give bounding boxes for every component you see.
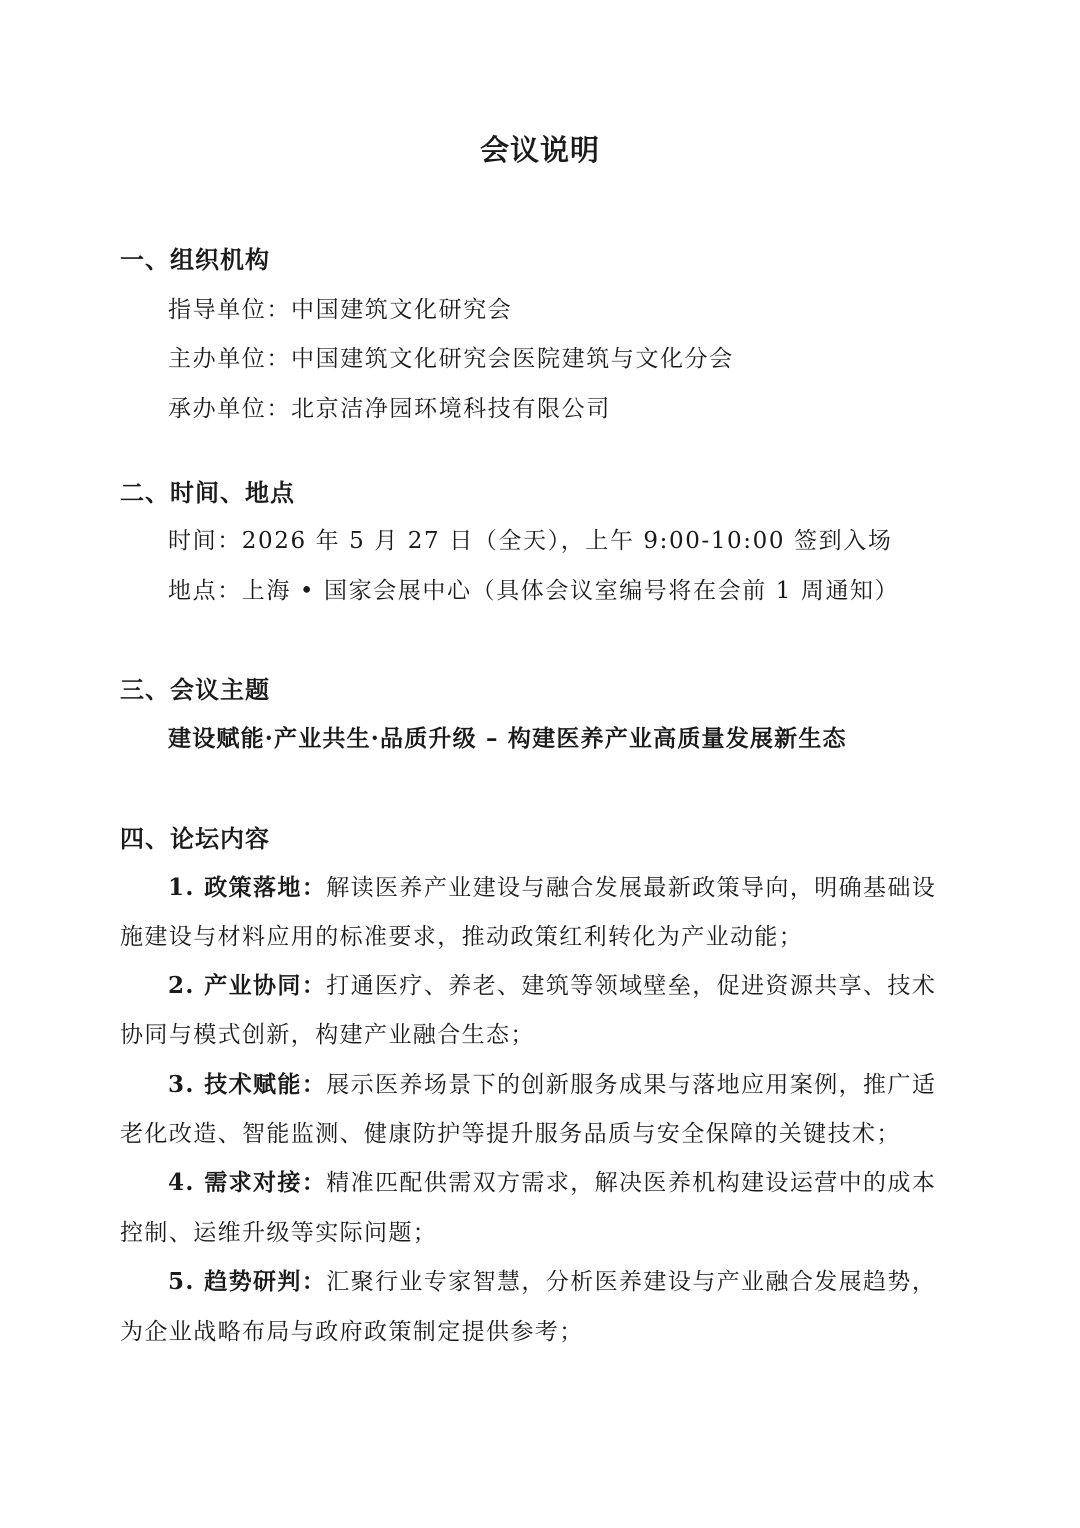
section-heading-theme: 三、会议主题: [120, 670, 270, 705]
forum-item-label: 4. 需求对接：: [168, 1169, 326, 1196]
forum-item-5-cont: 为企业战略布局与政府政策制定提供参考；: [120, 1313, 584, 1346]
forum-item-label: 5. 趋势研判：: [168, 1268, 326, 1295]
forum-item-text: 展示医养场景下的创新服务成果与落地应用案例，推广适: [326, 1072, 936, 1098]
forum-item-1: 1. 政策落地：解读医养产业建设与融合发展最新政策导向，明确基础设: [168, 869, 936, 902]
conference-theme: 建设赋能·产业共生·品质升级 – 构建医养产业高质量发展新生态: [168, 720, 847, 753]
forum-item-text: 精准匹配供需双方需求，解决医养机构建设运营中的成本: [326, 1170, 936, 1196]
document-page: 会议说明 一、组织机构 指导单位：中国建筑文化研究会 主办单位：中国建筑文化研究…: [0, 0, 1080, 1528]
forum-item-3: 3. 技术赋能：展示医养场景下的创新服务成果与落地应用案例，推广适: [168, 1066, 936, 1099]
forum-item-1-cont: 施建设与材料应用的标准要求，推动政策红利转化为产业动能；: [120, 918, 803, 951]
forum-item-label: 1. 政策落地：: [168, 874, 326, 901]
section-heading-forum-content: 四、论坛内容: [120, 819, 270, 854]
forum-item-text: 汇聚行业专家智慧，分析医养建设与产业融合发展趋势，: [326, 1269, 936, 1295]
forum-item-label: 2. 产业协同：: [168, 972, 326, 999]
organizer-unit-line: 承办单位：北京洁净园环境科技有限公司: [168, 390, 611, 423]
host-unit-line: 主办单位：中国建筑文化研究会医院建筑与文化分会: [168, 340, 734, 373]
forum-item-5: 5. 趋势研判：汇聚行业专家智慧，分析医养建设与产业融合发展趋势，: [168, 1263, 936, 1296]
guiding-unit-line: 指导单位：中国建筑文化研究会: [168, 291, 512, 324]
forum-item-2-cont: 协同与模式创新，构建产业融合生态；: [120, 1016, 535, 1049]
forum-item-2: 2. 产业协同：打通医疗、养老、建筑等领域壁垒，促进资源共享、技术: [168, 967, 936, 1000]
forum-item-text: 打通医疗、养老、建筑等领域壁垒，促进资源共享、技术: [326, 973, 936, 999]
page-title: 会议说明: [0, 128, 1080, 169]
forum-item-3-cont: 老化改造、智能监测、健康防护等提升服务品质与安全保障的关键技术；: [120, 1115, 901, 1148]
forum-item-label: 3. 技术赋能：: [168, 1071, 326, 1098]
location-line: 地点：上海 • 国家会展中心（具体会议室编号将在会前 1 周通知）: [168, 572, 899, 605]
section-heading-organization: 一、组织机构: [120, 240, 270, 275]
forum-item-4: 4. 需求对接：精准匹配供需双方需求，解决医养机构建设运营中的成本: [168, 1164, 936, 1197]
forum-item-4-cont: 控制、运维升级等实际问题；: [120, 1214, 437, 1247]
time-line: 时间：2026 年 5 月 27 日（全天），上午 9:00-10:00 签到入…: [168, 522, 892, 555]
section-heading-time-location: 二、时间、地点: [120, 473, 295, 508]
forum-item-text: 解读医养产业建设与融合发展最新政策导向，明确基础设: [326, 875, 936, 901]
